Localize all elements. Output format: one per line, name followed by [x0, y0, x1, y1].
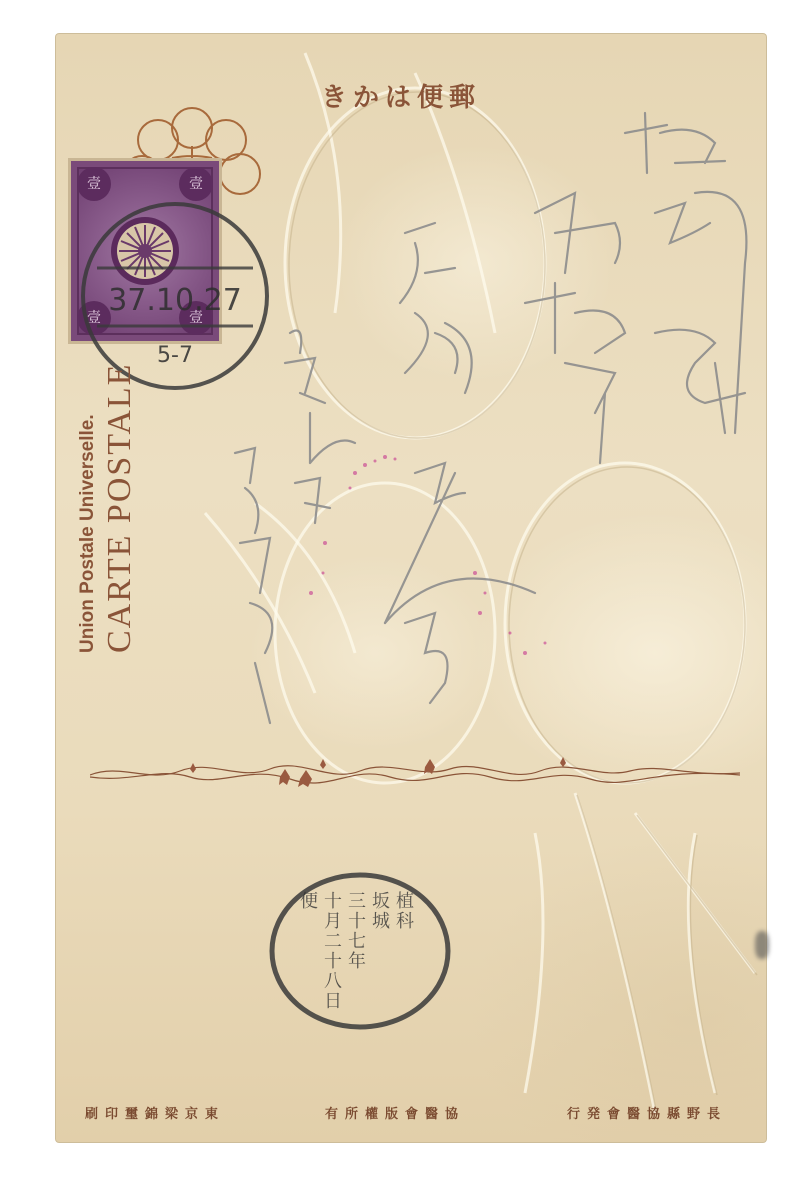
stamp-corner-mark: 壹	[77, 167, 111, 201]
svg-text:37.10.27: 37.10.27	[108, 283, 242, 318]
carte-postale-label: CARTE POSTALE	[101, 363, 139, 653]
svg-text:三: 三	[348, 891, 366, 912]
side-label: Union Postale Universelle. CARTE POSTALE	[77, 363, 139, 653]
arrival-postmark: 植科坂城三十七年十月二十八日便	[265, 871, 455, 1031]
svg-text:十: 十	[348, 911, 366, 932]
postcard: きかは便郵	[55, 33, 767, 1143]
svg-text:年: 年	[348, 950, 366, 972]
svg-text:植: 植	[396, 891, 414, 912]
svg-text:七: 七	[348, 931, 366, 952]
svg-text:坂: 坂	[372, 891, 390, 912]
svg-text:便: 便	[300, 891, 318, 912]
svg-text:十: 十	[324, 891, 342, 912]
svg-text:城: 城	[372, 911, 390, 932]
postcard-header-title: きかは便郵	[321, 77, 481, 114]
stamp-corner-mark: 壹	[179, 167, 213, 201]
footer-printer: 刷印璽錦梁京東	[85, 1103, 225, 1122]
upu-label: Union Postale Universelle.	[77, 363, 99, 653]
svg-text:二: 二	[324, 931, 342, 952]
svg-text:5-7: 5-7	[157, 343, 193, 368]
svg-text:科: 科	[396, 911, 414, 932]
svg-text:十: 十	[324, 951, 342, 972]
svg-text:日: 日	[324, 991, 342, 1012]
footer-copyright: 有所權版會醫協	[325, 1103, 465, 1122]
vine-divider	[90, 753, 740, 793]
svg-text:八: 八	[324, 971, 342, 992]
footer-publisher: 行発會醫協縣野長	[567, 1103, 727, 1122]
ink-smudge	[755, 931, 769, 959]
svg-text:月: 月	[324, 911, 342, 932]
